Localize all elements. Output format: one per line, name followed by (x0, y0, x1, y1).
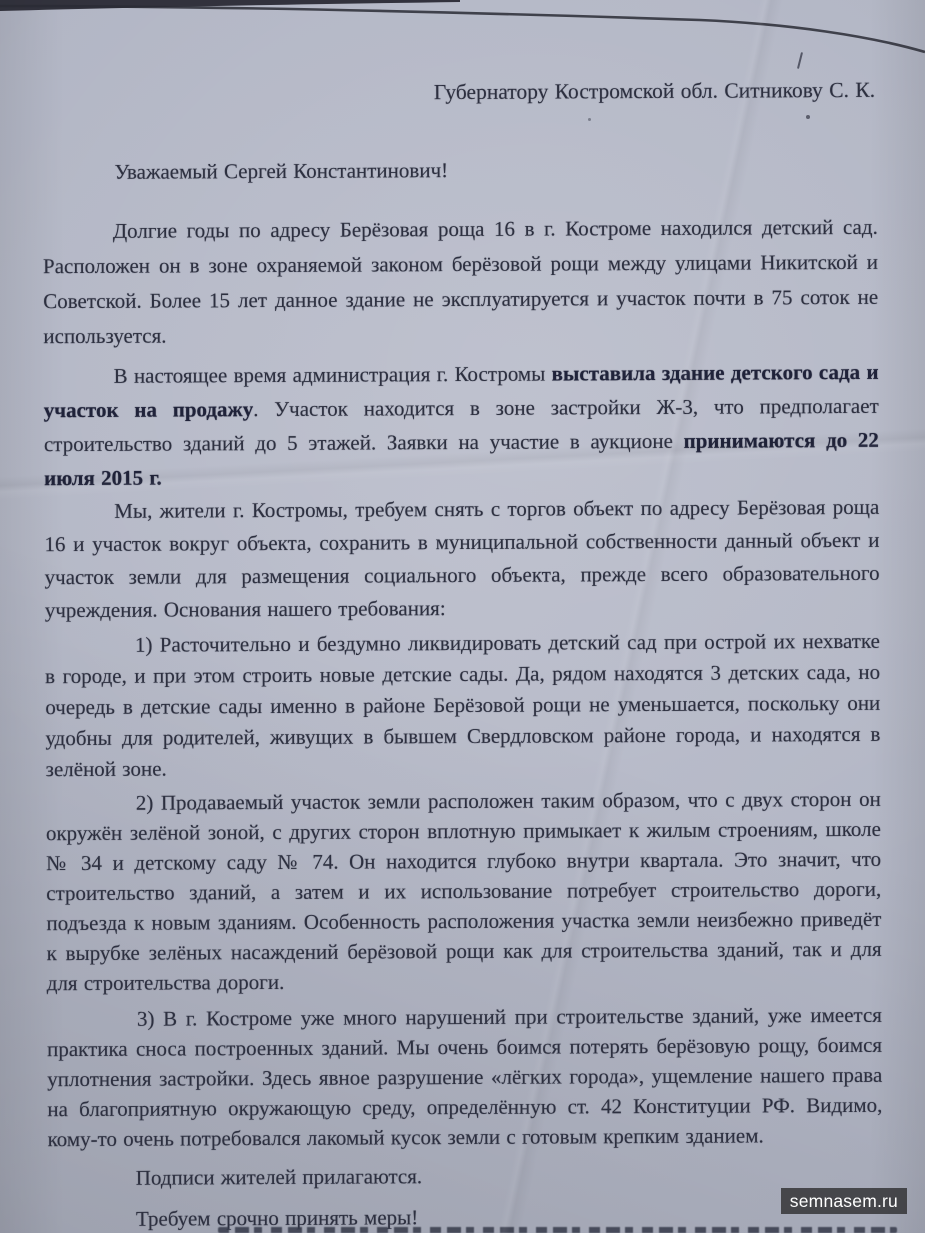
list-item-3: 3) В г. Костроме уже много нарушений при… (47, 1000, 883, 1154)
list-item-2: 2) Продаваемый участок земли расположен … (46, 784, 882, 998)
salutation-line: Уважаемый Сергей Константинович! (42, 154, 877, 186)
paragraph-demand: Мы, жители г. Костромы, требуем снять с … (44, 491, 880, 627)
paragraph-intro: Долгие годы по адресу Берёзовая роща 16 … (43, 210, 879, 354)
list-item-1: 1) Расточительно и бездумно ликвидироват… (45, 626, 881, 785)
watermark-badge: semnasem.ru (781, 1188, 907, 1214)
closing-signatures-line: Подписи жителей прилагаются. (48, 1159, 883, 1193)
paragraph-auction: В настоящее время администрация г. Костр… (43, 355, 879, 495)
addressee-line: Губернатору Костромской обл. Ситникову С… (42, 76, 877, 108)
letter-photo: Губернатору Костромской обл. Ситникову С… (0, 0, 925, 1233)
cropped-next-line (218, 1227, 897, 1233)
paragraph-auction-text-1: В настоящее время администрация г. Костр… (113, 362, 551, 388)
letter-body: Губернатору Костромской обл. Ситникову С… (42, 76, 883, 1233)
paper-top-edge (0, 0, 925, 70)
